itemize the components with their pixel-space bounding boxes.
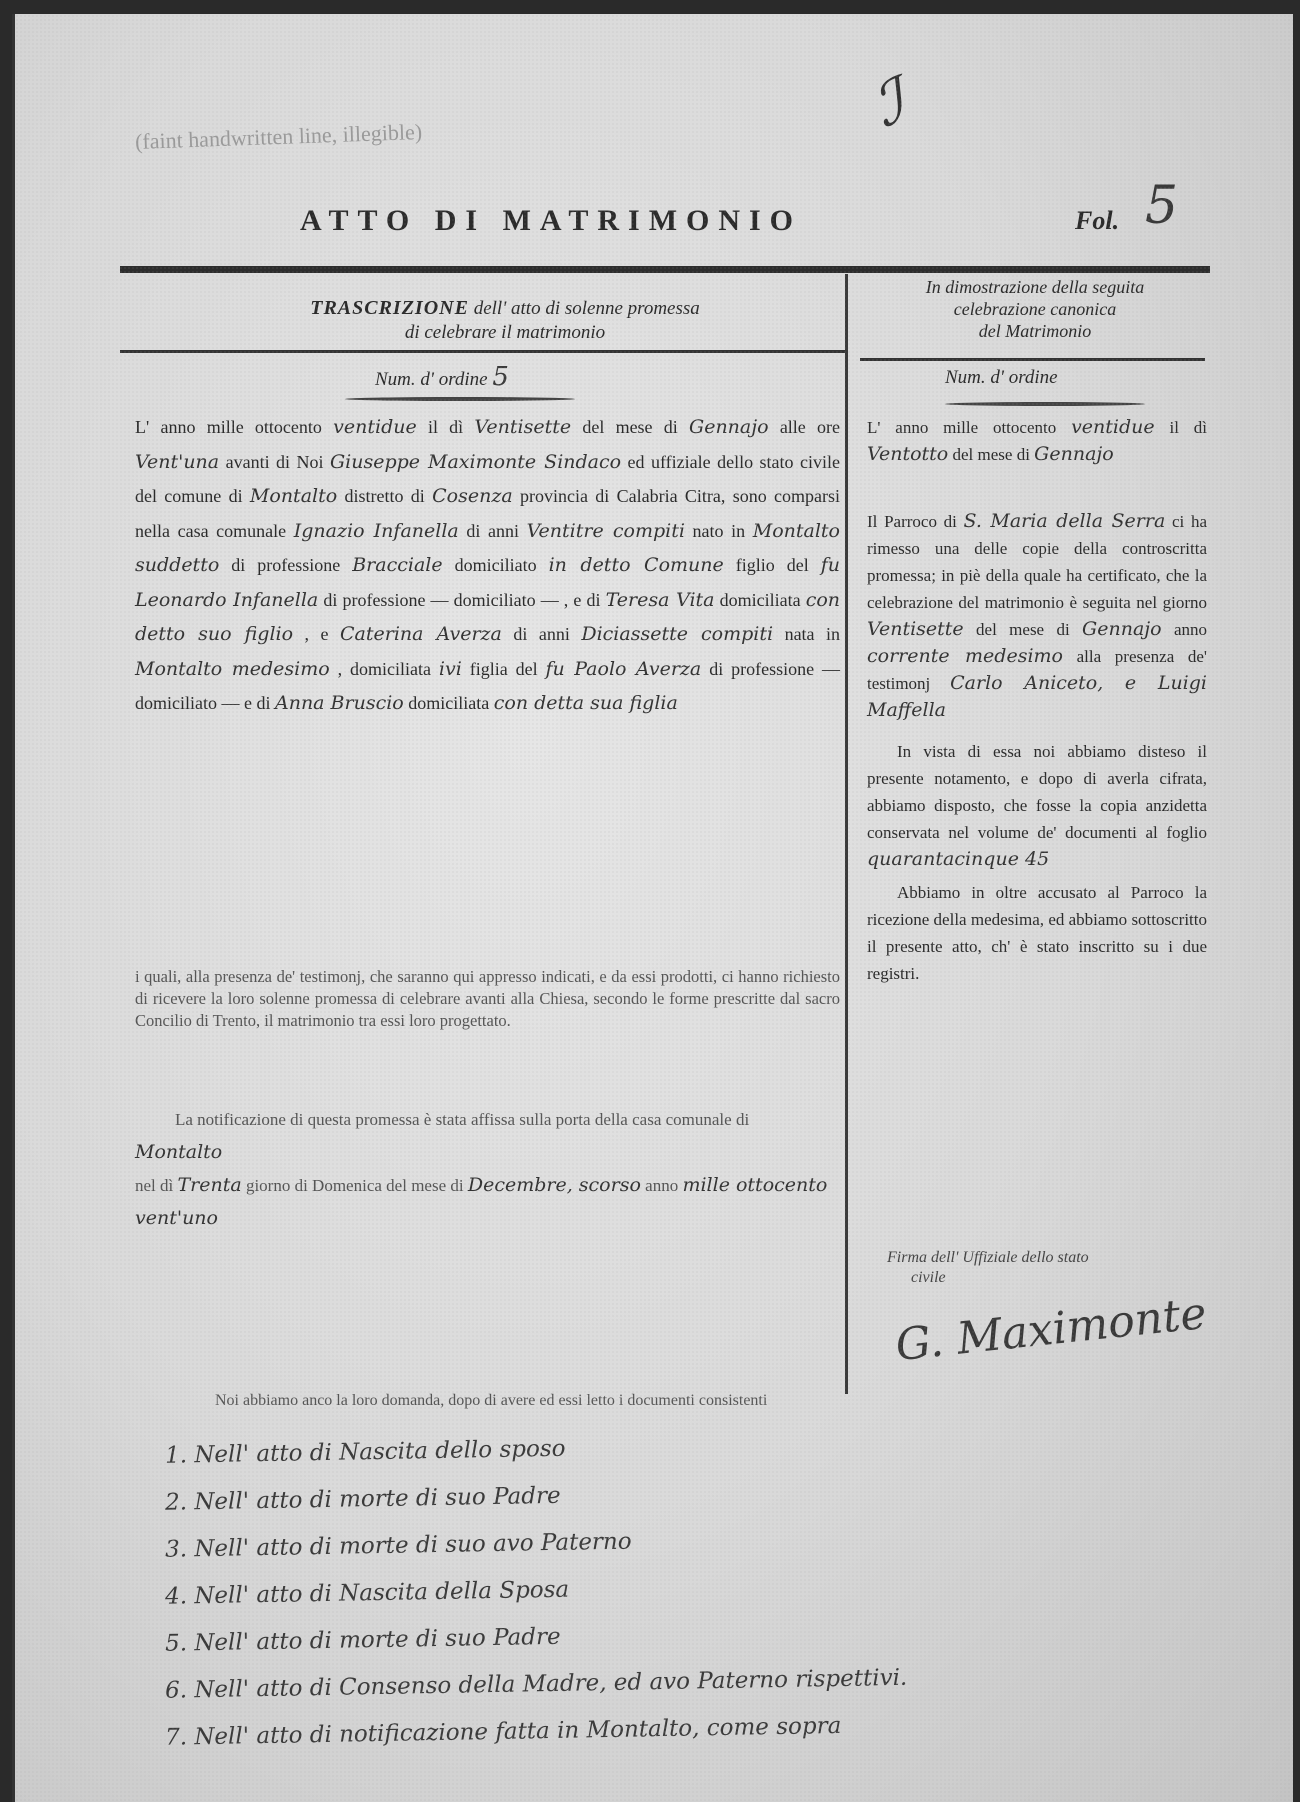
hour-field: Vent'una — [135, 451, 219, 473]
printed: il dì — [428, 417, 474, 437]
printed: del mese di — [582, 417, 689, 437]
bride-mother-field: Anna Bruscio — [275, 692, 404, 714]
printed: anno — [645, 1176, 682, 1195]
printed: il dì — [1169, 418, 1207, 437]
heading-line2: di celebrare il matrimonio — [405, 322, 605, 343]
printed: di anni — [513, 624, 581, 644]
printed: nata in — [785, 624, 840, 644]
parish-certification: Il Parroco di S. Maria della Serra ci ha… — [867, 508, 1207, 724]
printed: di anni — [466, 521, 526, 541]
printed: avanti di Noi — [226, 452, 330, 472]
corner-flourish: ℐ — [864, 66, 914, 141]
documents-list: 1. Nell' atto di Nascita dello sposo 2. … — [165, 1424, 1165, 1753]
right-heading-rule — [860, 358, 1205, 361]
right-ornament — [945, 402, 1145, 406]
right-heading-line3: del Matrimonio — [865, 320, 1205, 342]
heading-rest: dell' atto di solenne promessa — [469, 298, 700, 319]
parish-field: S. Maria della Serra — [964, 510, 1166, 532]
printed: In vista di essa noi abbiamo disteso il … — [867, 742, 1207, 842]
day-field: Ventotto — [867, 443, 948, 465]
signature-label: Firma dell' Uffiziale dello stato civile — [887, 1248, 1089, 1288]
bride-mother-domicile-field: con detta sua figlia — [494, 692, 678, 714]
groom-mother-field: Teresa Vita — [606, 589, 715, 611]
order-label: Num. d' ordine — [945, 367, 1058, 388]
rite-day-field: Ventisette — [867, 618, 964, 640]
printed: del mese di — [953, 445, 1035, 464]
notice-comune-field: Montalto — [135, 1141, 222, 1163]
printed: La notificazione di questa promessa è st… — [135, 1110, 749, 1129]
printed: L' anno mille ottocento — [867, 418, 1071, 437]
bride-age-field: Diciassette compiti — [581, 623, 773, 645]
groom-name-field: Ignazio Infanella — [294, 520, 459, 542]
notice-day-field: Trenta — [178, 1174, 242, 1196]
month-field: Gennajo — [689, 416, 769, 438]
printed: del mese di — [976, 620, 1082, 639]
bride-birthplace-field: Montalto medesimo — [135, 658, 330, 680]
groom-domicile-field: in detto Comune — [549, 554, 724, 576]
right-order-number: Num. d' ordine — [945, 366, 1058, 389]
left-order-number: Num. d' ordine 5 — [375, 362, 509, 392]
printed: anno — [1174, 620, 1207, 639]
bride-father-field: fu Paolo Averza — [546, 658, 702, 680]
publication-notice: La notificazione di questa promessa è st… — [135, 1104, 840, 1235]
groom-age-field: Ventitre compiti — [527, 520, 685, 542]
celebration-text: L' anno mille ottocento ventidue il dì V… — [867, 414, 1207, 987]
printed: , domiciliata — [338, 659, 439, 679]
printed: alle ore — [780, 417, 840, 437]
rite-month-field: Gennajo — [1082, 618, 1162, 640]
left-column-heading: TRASCRIZIONE dell' atto di solenne prome… — [185, 296, 825, 345]
printed: di professione — [231, 555, 352, 575]
year-field: ventidue — [1071, 416, 1155, 438]
folio-field: quarantacinque 45 — [867, 848, 1049, 870]
order-label: Num. d' ordine — [375, 369, 488, 390]
marriage-record-page: (faint handwritten line, illegible) ℐ AT… — [12, 14, 1293, 1802]
signature-label-line1: Firma dell' Uffiziale dello stato — [887, 1248, 1089, 1268]
filing-paragraph: In vista di essa noi abbiamo disteso il … — [867, 738, 1207, 873]
order-value: 5 — [492, 362, 509, 392]
month-field: Gennajo — [1034, 443, 1114, 465]
folio-number: 5 — [1145, 176, 1178, 236]
officer-signature: G. Maximonte — [893, 1288, 1209, 1371]
printed: domiciliata — [720, 590, 806, 610]
receipt-paragraph: Abbiamo in oltre accusato al Parroco la … — [867, 879, 1207, 987]
left-ornament — [345, 397, 575, 401]
column-divider — [845, 274, 848, 1394]
heading-trascrizione: TRASCRIZIONE — [310, 297, 469, 319]
right-column-heading: In dimostrazione della seguita celebrazi… — [865, 276, 1205, 342]
printed: L' anno mille ottocento — [135, 417, 333, 437]
day-field: Ventisette — [474, 416, 571, 438]
folio-label: Fol. — [1075, 206, 1119, 236]
printed: distretto di — [345, 486, 433, 506]
right-heading-line1: In dimostrazione della seguita — [865, 276, 1205, 298]
printed: figlia del — [470, 659, 546, 679]
printed: nel dì — [135, 1176, 178, 1195]
signature-label-line2: civile — [887, 1268, 1089, 1288]
notice-month-field: Decembre, scorso — [468, 1174, 641, 1196]
printed: domiciliata — [408, 693, 493, 713]
bride-domicile-field: ivi — [439, 658, 462, 680]
top-scribble: (faint handwritten line, illegible) — [135, 119, 423, 155]
documents-intro: Noi abbiamo anco la loro domanda, dopo d… — [215, 1392, 767, 1410]
printed: giorno di Domenica del mese di — [246, 1176, 468, 1195]
left-heading-rule — [120, 350, 845, 353]
promise-request-paragraph: i quali, alla presenza de' testimonj, ch… — [135, 966, 840, 1032]
printed: Il Parroco di — [867, 512, 964, 531]
bride-name-field: Caterina Averza — [340, 623, 502, 645]
printed: di professione — domiciliato — , e di — [323, 590, 605, 610]
officer-name-field: Giuseppe Maximonte Sindaco — [330, 451, 621, 473]
rite-year-field: corrente medesimo — [867, 645, 1063, 667]
document-title: ATTO DI MATRIMONIO — [300, 204, 802, 238]
promise-transcription-text: L' anno mille ottocento ventidue il dì V… — [135, 410, 840, 721]
header-rule — [120, 266, 1210, 273]
printed: , e — [305, 624, 340, 644]
comune-field: Montalto — [250, 485, 337, 507]
right-heading-line2: celebrazione canonica — [865, 298, 1205, 320]
district-field: Cosenza — [432, 485, 513, 507]
printed: figlio del — [736, 555, 821, 575]
printed: domiciliato — [455, 555, 549, 575]
year-field: ventidue — [333, 416, 417, 438]
groom-profession-field: Bracciale — [352, 554, 442, 576]
celebration-date: L' anno mille ottocento ventidue il dì V… — [867, 414, 1207, 468]
printed: nato in — [693, 521, 753, 541]
